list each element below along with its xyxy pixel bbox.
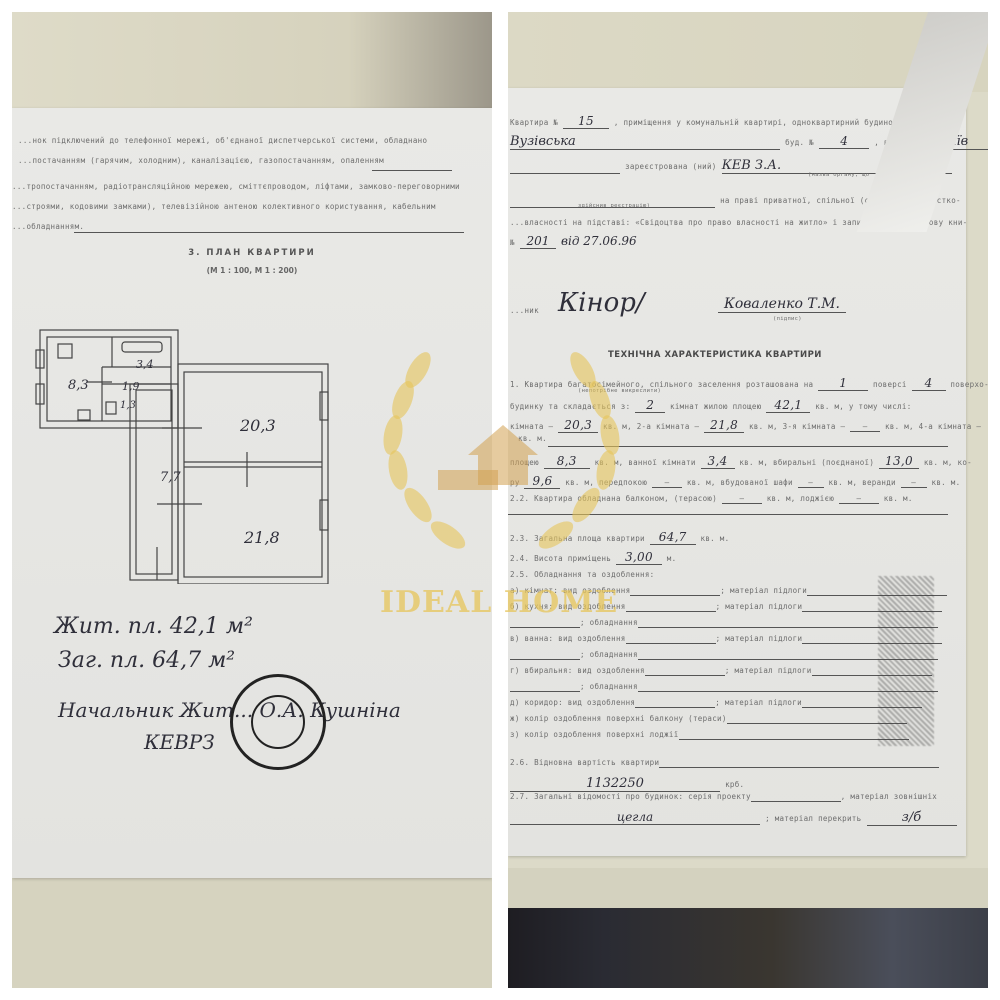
line-kitchen: площею 8,3 кв. м, ванної кімнати 3,4 кв.… xyxy=(510,454,972,469)
rooms-count-value: 2 xyxy=(635,398,665,413)
tech-title: ТЕХНІЧНА ХАРАКТЕРИСТИКА КВАРТИРИ xyxy=(608,350,822,360)
line-corridor: ру 9,6 кв. м, передпокою — кв. м, вбудов… xyxy=(510,474,960,489)
room2-area-value: 21,8 xyxy=(704,418,744,433)
room-toilet-area: 1,3 xyxy=(120,400,136,411)
room1-area-value: 20,3 xyxy=(558,418,598,433)
apartment-line: Квартира № 15 , приміщення у комунальній… xyxy=(510,114,898,129)
hall-area-value: — xyxy=(652,478,682,488)
slab-material-value: з/б xyxy=(867,810,957,826)
finish-bath-equipment: ; обладнання xyxy=(510,650,938,660)
line-balcony: 2.2. Квартира обладнана балконом, (терас… xyxy=(510,494,913,504)
intro-line-3: ...тропостачанням, радіотрансляційною ме… xyxy=(12,182,460,191)
finish-corridor: д) коридор: вид оздоблення ; матеріал пі… xyxy=(510,698,922,708)
handwritten-org: КЕВРЗ xyxy=(144,730,215,754)
finish-wc-equipment: ; обладнання xyxy=(510,682,938,692)
line-value: 2.6. Відновна вартість квартири xyxy=(510,758,939,768)
loggia-color: з) колір оздоблення поверхні лоджії xyxy=(510,730,909,740)
right-photo: Квартира № 15 , приміщення у комунальній… xyxy=(508,12,988,988)
bath-area-value: 3,4 xyxy=(701,454,735,469)
left-photo: ...нок підключений до телефонної мережі,… xyxy=(12,12,492,988)
line-value-amount: 1132250 крб. xyxy=(510,772,744,792)
line-materials: цегла ; матеріал перекрить з/б xyxy=(510,806,957,826)
slab-material-label: ; матеріал перекрить xyxy=(765,814,861,823)
executor-hint: (підпис) xyxy=(773,316,802,322)
wc-area-value: 13,0 xyxy=(879,454,919,469)
wall-material-value: цегла xyxy=(510,810,760,825)
line-equipment: 2.5. Обладнання та оздоблення: xyxy=(510,570,654,579)
total-area-value: 64,7 xyxy=(650,530,696,545)
line-floor-hint: (непотрібне викреслити) xyxy=(578,388,661,394)
apartment-number: 15 xyxy=(563,114,609,129)
currency-label: крб. xyxy=(725,780,744,789)
kitchen-area-value: 8,3 xyxy=(544,454,590,469)
room-2-area: 21,8 xyxy=(244,528,280,547)
finish-wc: г) вбиральня: вид оздоблення ; матеріал … xyxy=(510,666,932,676)
intro-line-4: ...строями, кодовими замками), телевізій… xyxy=(12,202,436,211)
line-building-info: 2.7. Загальні відомості про будинок: сер… xyxy=(510,792,937,802)
wall-background-bottom xyxy=(12,878,492,988)
left-document-page: ...нок підключений до телефонної мережі,… xyxy=(12,108,492,878)
photo-separator xyxy=(492,0,508,1000)
line-rooms: будинку та складається з: 2 кімнат жилою… xyxy=(510,398,912,413)
building-label: буд. № xyxy=(785,138,814,147)
line-room-areas-end: кв. м. xyxy=(518,434,547,443)
living-area-value: 42,1 xyxy=(766,398,810,413)
intro-underline xyxy=(74,232,464,233)
registration-hint: здійснив реєстрацію) xyxy=(578,203,650,209)
loggia-area-value: — xyxy=(839,494,879,504)
registered-label: зареєстрована (ний) xyxy=(625,162,717,171)
room-pantry-area: 1,9 xyxy=(122,380,140,393)
official-stamp xyxy=(230,674,326,770)
floor-value: 1 xyxy=(818,376,868,391)
height-value: 3,00 xyxy=(616,550,662,565)
line-total-area: 2.3. Загальна площа квартири 64,7 кв. м. xyxy=(510,530,729,545)
floor-plan xyxy=(32,322,332,584)
divider xyxy=(548,446,948,447)
registered-hint: (назва органу, що xyxy=(808,172,869,178)
street-value: Вузівська xyxy=(510,134,780,150)
veranda-area-value: — xyxy=(901,478,927,488)
plan-scale: (М 1 : 100, М 1 : 200) xyxy=(12,266,492,275)
record-line: № 201 від 27.06.96 xyxy=(510,230,637,249)
executor-signature: Кінор/ xyxy=(558,288,645,318)
corridor-area-value: 9,6 xyxy=(524,474,560,489)
room-1-area: 20,3 xyxy=(240,416,276,435)
closet-area-value: — xyxy=(798,478,824,488)
wall-background-bottom xyxy=(508,868,988,988)
heating-field xyxy=(372,170,452,171)
building-number: 4 xyxy=(819,134,869,149)
wall-background xyxy=(12,12,492,112)
intro-line-2: ...постачанням (гарячим, холодним), кана… xyxy=(18,156,384,165)
watermark-text: IDEAL HOME xyxy=(380,585,618,620)
apartment-rest: , приміщення у комунальній квартирі, одн… xyxy=(614,118,898,127)
official-stamp-inner xyxy=(251,695,305,749)
intro-line-1: ...нок підключений до телефонної мережі,… xyxy=(18,136,427,145)
apartment-label: Квартира № xyxy=(510,118,558,127)
line-height: 2.4. Висота приміщень 3,00 м. xyxy=(510,550,676,565)
record-date: від 27.06.96 xyxy=(561,234,637,248)
handwritten-living-area: Жит. пл. 42,1 м² xyxy=(54,614,253,639)
scribble-mark xyxy=(878,576,934,746)
value-amount: 1132250 xyxy=(510,776,720,792)
room-kitchen-area: 8,3 xyxy=(68,378,89,393)
floors-total-value: 4 xyxy=(912,376,946,391)
floor-dark-strip xyxy=(508,908,988,988)
record-number: 201 xyxy=(520,234,556,249)
line-room-areas: кімната — 20,3 кв. м, 2-а кімната — 21,8… xyxy=(510,418,981,433)
executor-label: ...ник xyxy=(510,306,539,315)
room-bath-area: 3,4 xyxy=(136,358,154,371)
balcony-color: ж) колір оздоблення поверхні балкону (те… xyxy=(510,714,907,724)
plan-title: 3. ПЛАН КВАРТИРИ xyxy=(12,248,492,258)
handwritten-total-area: Заг. пл. 64,7 м² xyxy=(58,648,235,673)
balcony-area-value: — xyxy=(722,494,762,504)
room3-area-value: — xyxy=(850,422,880,432)
executor-name: Коваленко Т.М. xyxy=(718,296,846,313)
intro-line-5: ...обладнанням. xyxy=(12,222,84,231)
room-corridor-area: 7,7 xyxy=(160,470,181,485)
record-label: № xyxy=(510,238,515,247)
divider-2 xyxy=(508,514,948,515)
